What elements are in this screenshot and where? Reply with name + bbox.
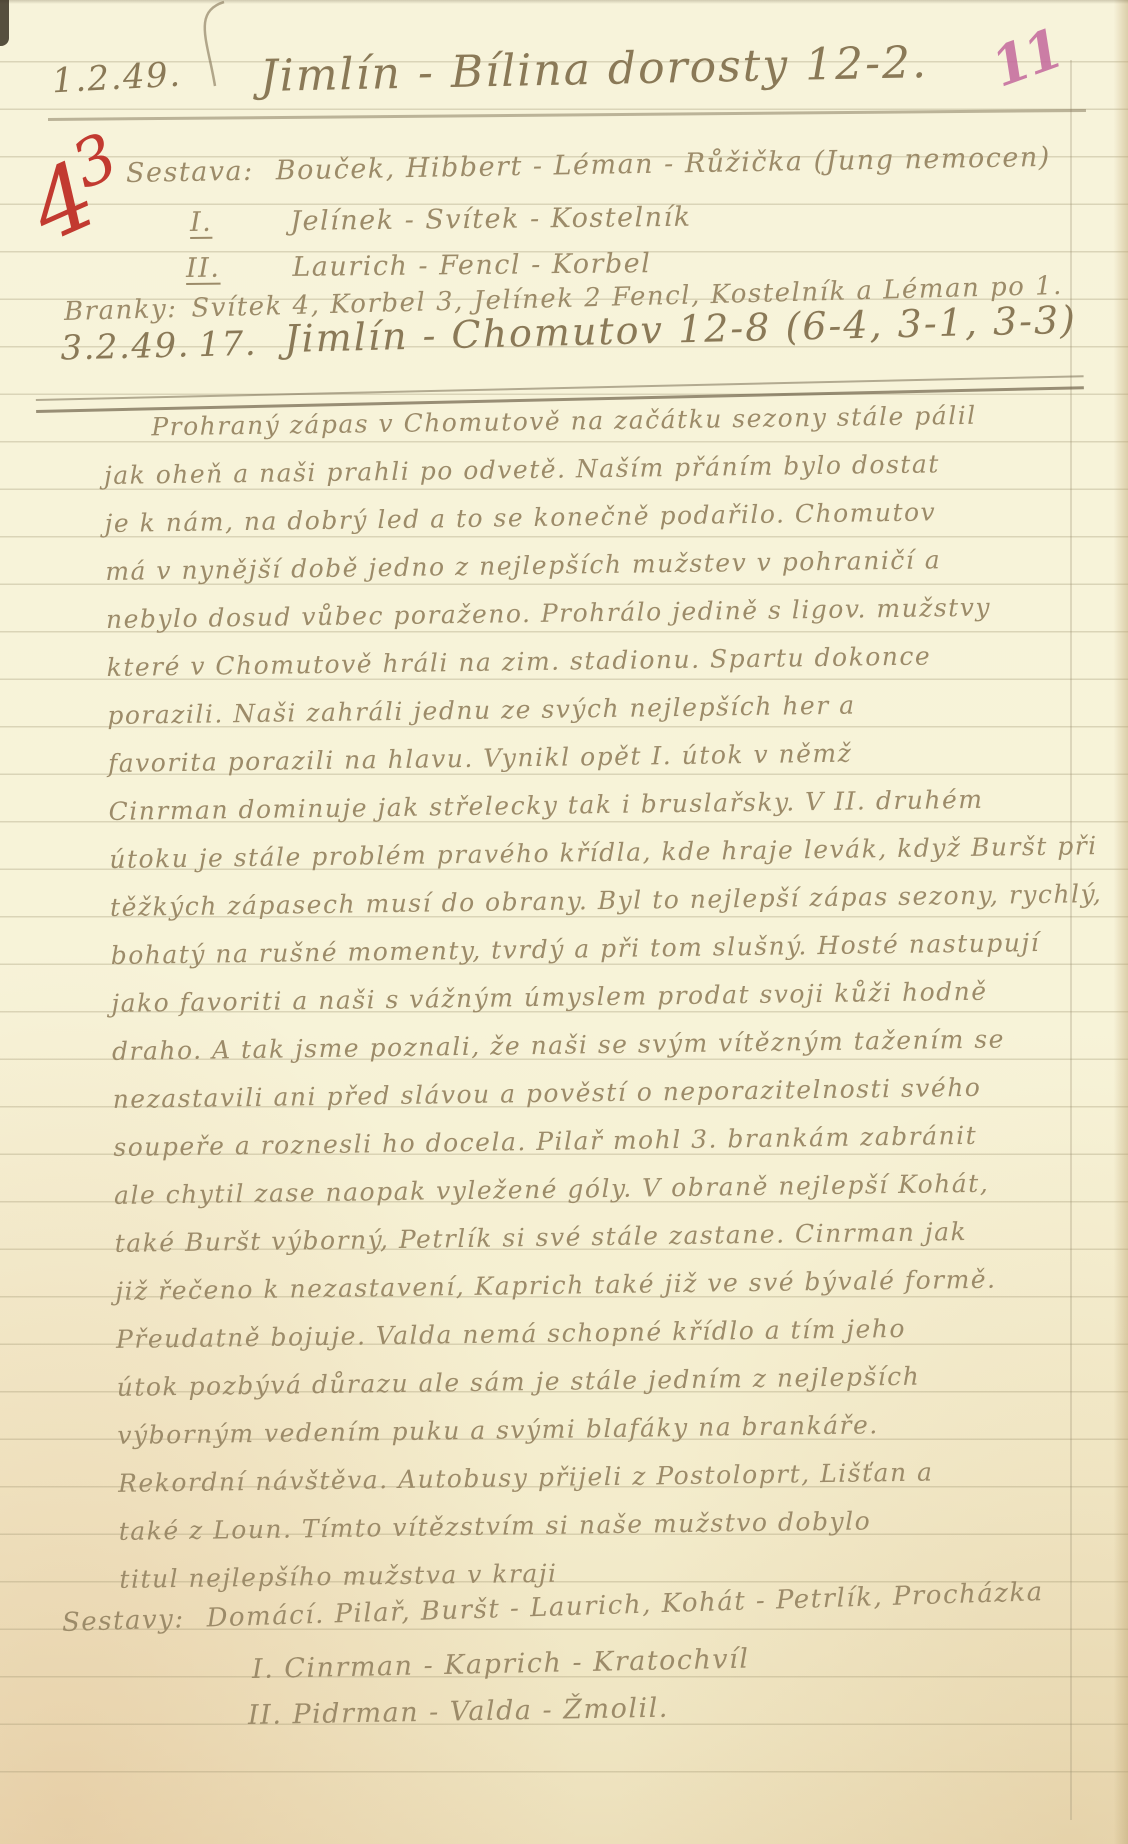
entry1-lineup-back: Bouček, Hibbert - Léman - Růžička (Jung … xyxy=(275,142,1051,187)
entry1-line2-forwards: Laurich - Fencl - Korbel xyxy=(292,248,651,283)
line2-numeral: II. xyxy=(186,253,221,284)
entry2-line2: II. Pidrman - Valda - Žmolil. xyxy=(248,1693,669,1731)
entry2-line1: I. Cinrman - Kaprich - Kratochvíl xyxy=(252,1644,750,1685)
page-number-pencil: 11 xyxy=(983,16,1068,99)
line1-numeral: I. xyxy=(190,207,213,238)
entry1-line1-row: I. Jelínek - Svítek - Kostelník xyxy=(190,202,692,238)
scan-corner-artifact xyxy=(0,0,9,46)
entry1-title-underline xyxy=(48,109,1086,121)
notebook-page: 11 43 1.2.49. Jimlín - Bílina dorosty 12… xyxy=(0,0,1128,1844)
match-report-paragraph: Prohraný zápas v Chomutově na začátku se… xyxy=(103,390,1120,1604)
goals-label: Branky: xyxy=(64,294,178,327)
entry1-line1-forwards: Jelínek - Svítek - Kostelník xyxy=(290,202,692,237)
entry1-date: 1.2.49. xyxy=(51,55,182,102)
margin-number-red: 43 xyxy=(18,132,146,256)
lineups-label: Sestavy: xyxy=(62,1604,186,1638)
entry1-title: Jimlín - Bílina dorosty 12-2. xyxy=(260,37,929,102)
entry1-lineup-row: Sestava: Bouček, Hibbert - Léman - Růžič… xyxy=(126,142,1051,189)
entry2-date: 3.2.49. xyxy=(60,325,190,368)
entry2-match-number: 17. xyxy=(198,324,258,365)
entry1-line2-row: II. Laurich - Fencl - Korbel xyxy=(186,248,652,284)
lineup-label: Sestava: xyxy=(126,156,254,189)
